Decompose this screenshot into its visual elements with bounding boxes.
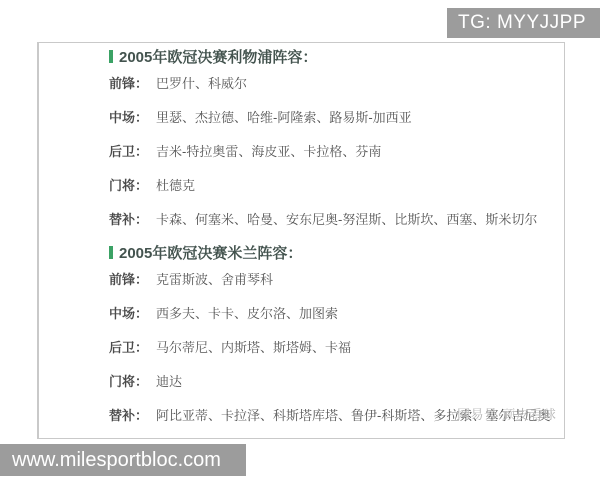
- players-text: 迪达: [156, 374, 182, 389]
- players-text: 克雷斯波、舍甫琴科: [156, 272, 273, 287]
- lineup-row: 中场：里瑟、杰拉德、哈维-阿隆索、路易斯-加西亚: [109, 109, 548, 127]
- lineup-row: 后卫：吉米-特拉奥雷、海皮亚、卡拉格、芬南: [109, 143, 548, 161]
- article-card: 2005年欧冠决赛利物浦阵容： 前锋：巴罗什、科威尔 中场：里瑟、杰拉德、哈维-…: [37, 42, 565, 439]
- players-text: 巴罗什、科威尔: [156, 76, 247, 91]
- players-text: 西多夫、卡卡、皮尔洛、加图索: [156, 306, 338, 321]
- telegram-handle-badge: TG: MYYJJPP: [447, 8, 600, 38]
- position-label: 前锋：: [109, 76, 148, 91]
- position-label: 替补：: [109, 212, 148, 227]
- section-title: 2005年欧冠决赛利物浦阵容：: [109, 49, 548, 67]
- position-label: 后卫：: [109, 144, 148, 159]
- green-bar-icon: [109, 246, 113, 259]
- position-label: 后卫：: [109, 340, 148, 355]
- players-text: 吉米-特拉奥雷、海皮亚、卡拉格、芬南: [156, 144, 381, 159]
- section-milan: 2005年欧冠决赛米兰阵容： 前锋：克雷斯波、舍甫琴科 中场：西多夫、卡卡、皮尔…: [109, 245, 548, 425]
- lineup-row: 前锋：巴罗什、科威尔: [109, 75, 548, 93]
- lineup-row: 替补：阿比亚蒂、卡拉泽、科斯塔库塔、鲁伊-科斯塔、多拉索、塞尔吉尼奥 网易号·顽…: [109, 407, 548, 425]
- green-bar-icon: [109, 50, 113, 63]
- position-label: 中场：: [109, 110, 148, 125]
- website-url-watermark: www.milesportbloc.com: [0, 444, 246, 476]
- players-text: 杜德克: [156, 178, 195, 193]
- players-text: 马尔蒂尼、内斯塔、斯塔姆、卡福: [156, 340, 351, 355]
- lineup-row: 门将：杜德克: [109, 177, 548, 195]
- lineup-row: 前锋：克雷斯波、舍甫琴科: [109, 271, 548, 289]
- players-text: 里瑟、杰拉德、哈维-阿隆索、路易斯-加西亚: [156, 110, 412, 125]
- position-label: 门将：: [109, 178, 148, 193]
- position-label: 替补：: [109, 408, 148, 423]
- section-title-text: 2005年欧冠决赛米兰阵容：: [119, 245, 302, 262]
- players-text: 卡森、何塞米、哈曼、安东尼奥-努涅斯、比斯坎、西塞、斯米切尔: [156, 212, 537, 227]
- position-label: 中场：: [109, 306, 148, 321]
- position-label: 前锋：: [109, 272, 148, 287]
- section-title-text: 2005年欧冠决赛利物浦阵容：: [119, 49, 317, 66]
- lineup-row: 替补：卡森、何塞米、哈曼、安东尼奥-努涅斯、比斯坎、西塞、斯米切尔: [109, 211, 548, 229]
- position-label: 门将：: [109, 374, 148, 389]
- site-watermark: 网易号·顽皮看球: [457, 406, 556, 424]
- lineup-row: 中场：西多夫、卡卡、皮尔洛、加图索: [109, 305, 548, 323]
- section-liverpool: 2005年欧冠决赛利物浦阵容： 前锋：巴罗什、科威尔 中场：里瑟、杰拉德、哈维-…: [109, 49, 548, 229]
- lineup-row: 后卫：马尔蒂尼、内斯塔、斯塔姆、卡福: [109, 339, 548, 357]
- section-title: 2005年欧冠决赛米兰阵容：: [109, 245, 548, 263]
- lineup-row: 门将：迪达: [109, 373, 548, 391]
